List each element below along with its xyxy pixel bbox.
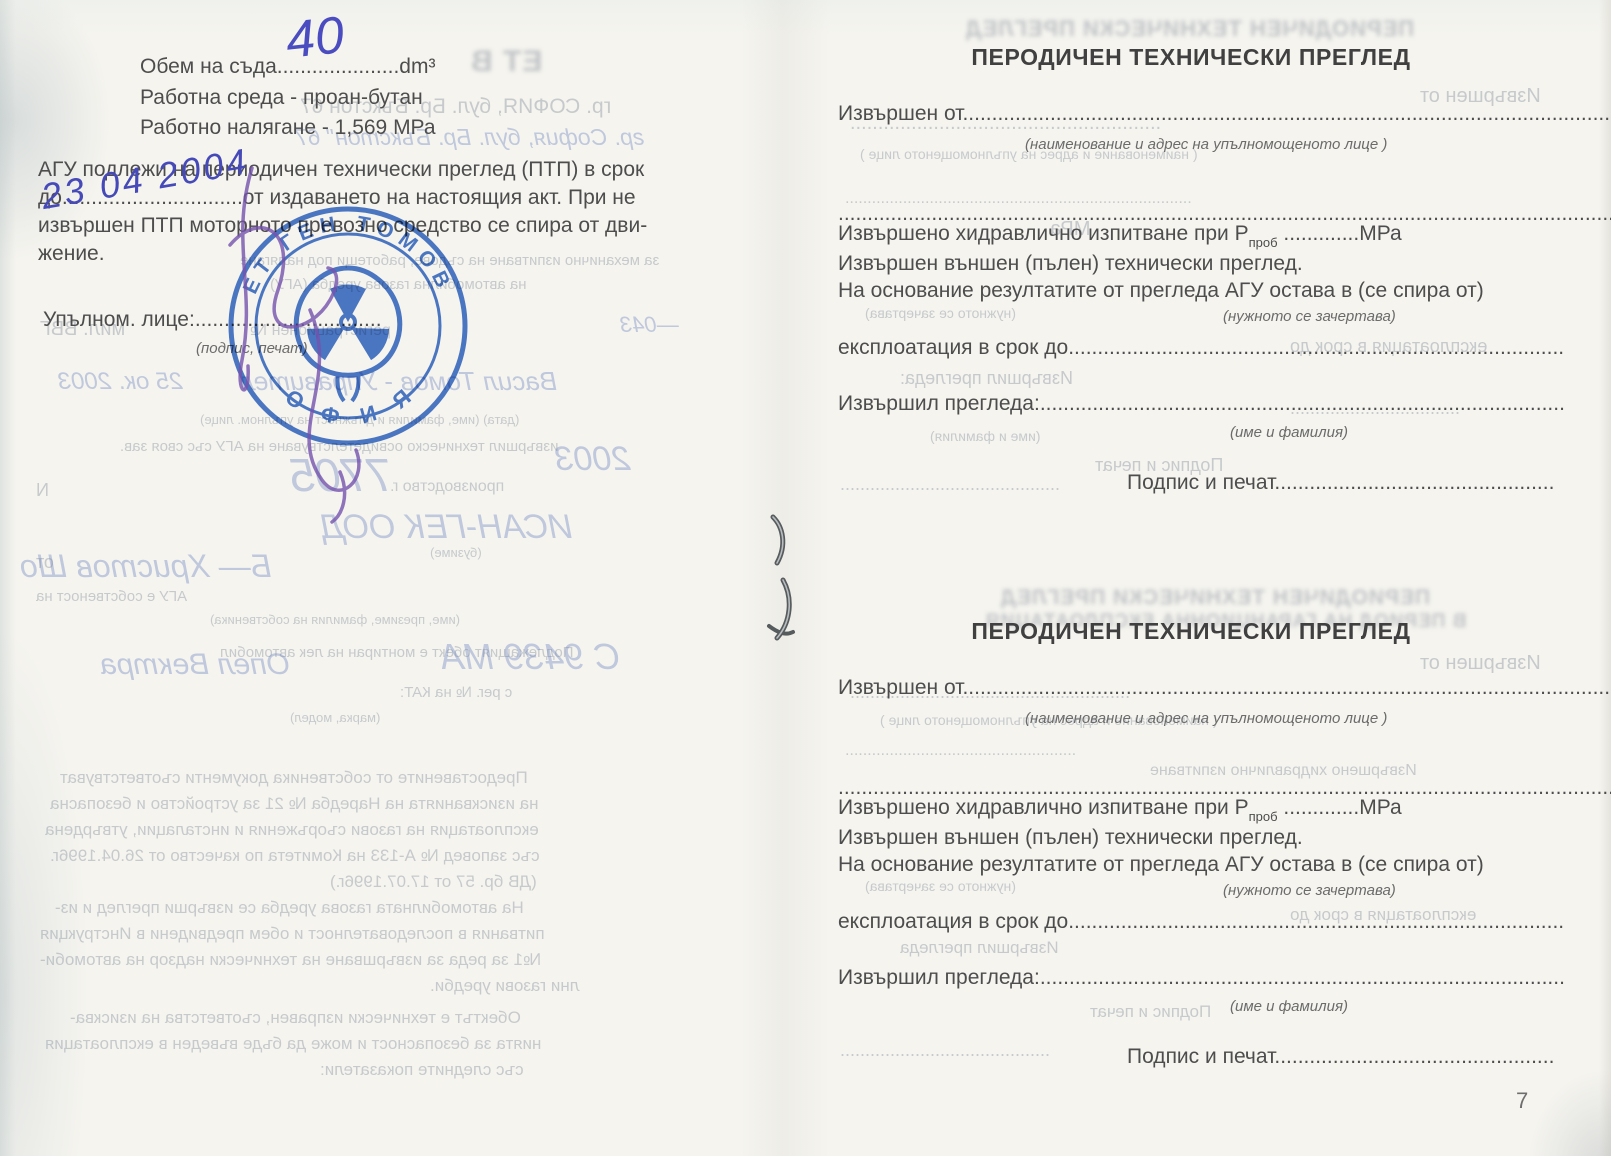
bleedthrough-text: С 9439 МА (440, 636, 620, 678)
scanned-document: ЕТ Вгр. СОФИЯ, бул. Бр. Бъкстон 67гр. Со… (0, 0, 1611, 1156)
exploitation-line: експлоатация в срок до..................… (838, 910, 1564, 934)
bleedthrough-text: (бузиме) (430, 545, 482, 560)
bleedthrough-text: N (36, 480, 49, 501)
hydraulic-subscript: проб (1249, 235, 1278, 250)
bleedthrough-text: лни газови уредби. (430, 976, 580, 996)
volume-unit: dm³ (399, 55, 435, 78)
signature-seal-line: Подпис и печат..........................… (1127, 471, 1554, 495)
bleedthrough-text: Б— Христов Шо (20, 548, 272, 585)
bleedthrough-text: на изискванията на Наредба № 21 за устро… (50, 794, 539, 814)
signature (190, 150, 450, 530)
exploitation-line: експлоатация в срок до..................… (838, 336, 1564, 360)
basis-line: На основание резултатите от прегледа АГУ… (838, 279, 1484, 303)
bleedthrough-text: (марка, модел) (290, 710, 380, 725)
bleedthrough-text: ЕТ В (470, 45, 542, 79)
bleedthrough-text: нията за безопасност и може да бъде въве… (45, 1034, 541, 1054)
bleedthrough-text: експлоатация на газови съоръжения и инст… (45, 820, 539, 840)
hydraulic-prefix: Извършено хидравлично изпитване при Р (838, 222, 1249, 245)
working-pressure-line: Работно налягане - 1,569 МРа (140, 116, 436, 140)
page-number: 7 (1516, 1088, 1528, 1114)
bleedthrough-text: със заповед № А-133 на Комитета по качес… (50, 846, 540, 866)
inspector-line: Извършил прегледа:......................… (838, 392, 1565, 416)
hydraulic-subscript: проб (1249, 809, 1278, 824)
bleedthrough-text: Обектът е технически изправен, съответст… (70, 1008, 521, 1028)
bleedthrough-text: ПЕРИОДИЧЕН ТЕХНИЧЕСКИ ПРЕГЛЕД (1000, 586, 1430, 610)
hydraulic-test-line: Извършено хидравлично изпитване при Рпро… (838, 796, 1402, 824)
hydraulic-suffix: .............МРа (1278, 796, 1402, 819)
performed-by-caption: (наименование и адрес на упълномощеното … (1025, 136, 1387, 153)
bleedthrough-text: На автомобилната газова уредба се извърш… (55, 898, 524, 918)
hydraulic-prefix: Извършено хидравлично изпитване при Р (838, 796, 1249, 819)
bleedthrough-text: АГУ е собственост на (36, 588, 187, 605)
bleedthrough-text: (ДВ бр. 57 от 17.07.1996г.) (330, 872, 537, 892)
signature-seal-line: Подпис и печат..........................… (1127, 1045, 1554, 1069)
staple-bottom (755, 570, 825, 660)
volume-label: Обем на съда (140, 55, 277, 78)
strike-caption: (нужното се зачертава) (1223, 308, 1396, 325)
external-inspection-line: Извършен външен (пълен) технически прегл… (838, 826, 1303, 850)
bleedthrough-text: със следните показатели: (320, 1060, 524, 1080)
inspector-caption: (име и фамилия) (1230, 424, 1348, 441)
bleedthrough-text: №1 за реда за извършване на технически н… (40, 950, 541, 970)
bleedthrough-text: Опел Вектра (100, 648, 290, 682)
bleedthrough-text: 2003 (555, 440, 631, 479)
ptp-section-1: ПЕРОДИЧЕН ТЕХНИЧЕСКИ ПРЕГЛЕД Извършен от… (835, 44, 1547, 564)
ptp-section-2: ПЕРОДИЧЕН ТЕХНИЧЕСКИ ПРЕГЛЕД Извършен от… (835, 618, 1547, 1138)
hydraulic-test-line: Извършено хидравлично изпитване при Рпро… (838, 222, 1402, 250)
performed-by-line: Извършен от.............................… (838, 102, 1611, 126)
bleedthrough-text: Предоставените от собственика документи … (60, 768, 528, 788)
bleedthrough-text: —043 (620, 312, 679, 338)
hydraulic-suffix: .............МРа (1278, 222, 1402, 245)
performed-by-caption: (наименование и адрес на упълномощеното … (1025, 710, 1387, 727)
section-title: ПЕРОДИЧЕН ТЕХНИЧЕСКИ ПРЕГЛЕД (835, 618, 1547, 645)
bleedthrough-text: (име, презиме, фамилия на собственика) (210, 612, 460, 627)
bleedthrough-text: питвания в последователност и обем предв… (40, 924, 545, 944)
performed-by-line: Извършен от.............................… (838, 676, 1611, 700)
external-inspection-line: Извършен външен (пълен) технически прегл… (838, 252, 1303, 276)
ptp-notice-line-4: жение. (38, 242, 105, 266)
bleedthrough-text: 25 ок. 2003 (58, 368, 183, 396)
inspector-caption: (име и фамилия) (1230, 998, 1348, 1015)
basis-line: На основание резултатите от прегледа АГУ… (838, 853, 1484, 877)
section-title: ПЕРОДИЧЕН ТЕХНИЧЕСКИ ПРЕГЛЕД (835, 44, 1547, 71)
inspector-line: Извършил прегледа:......................… (838, 966, 1565, 990)
bleedthrough-text: ПЕРИОДИЧЕН ТЕХНИЧЕСКИ ПРЕГЛЕД (965, 16, 1414, 42)
volume-handwritten-value: 40 (283, 5, 347, 71)
working-medium-line: Работна среда - проан-бутан (140, 86, 423, 110)
strike-caption: (нужното се зачертава) (1223, 882, 1396, 899)
bleedthrough-text: с рег. № на КАТ: (400, 684, 512, 701)
